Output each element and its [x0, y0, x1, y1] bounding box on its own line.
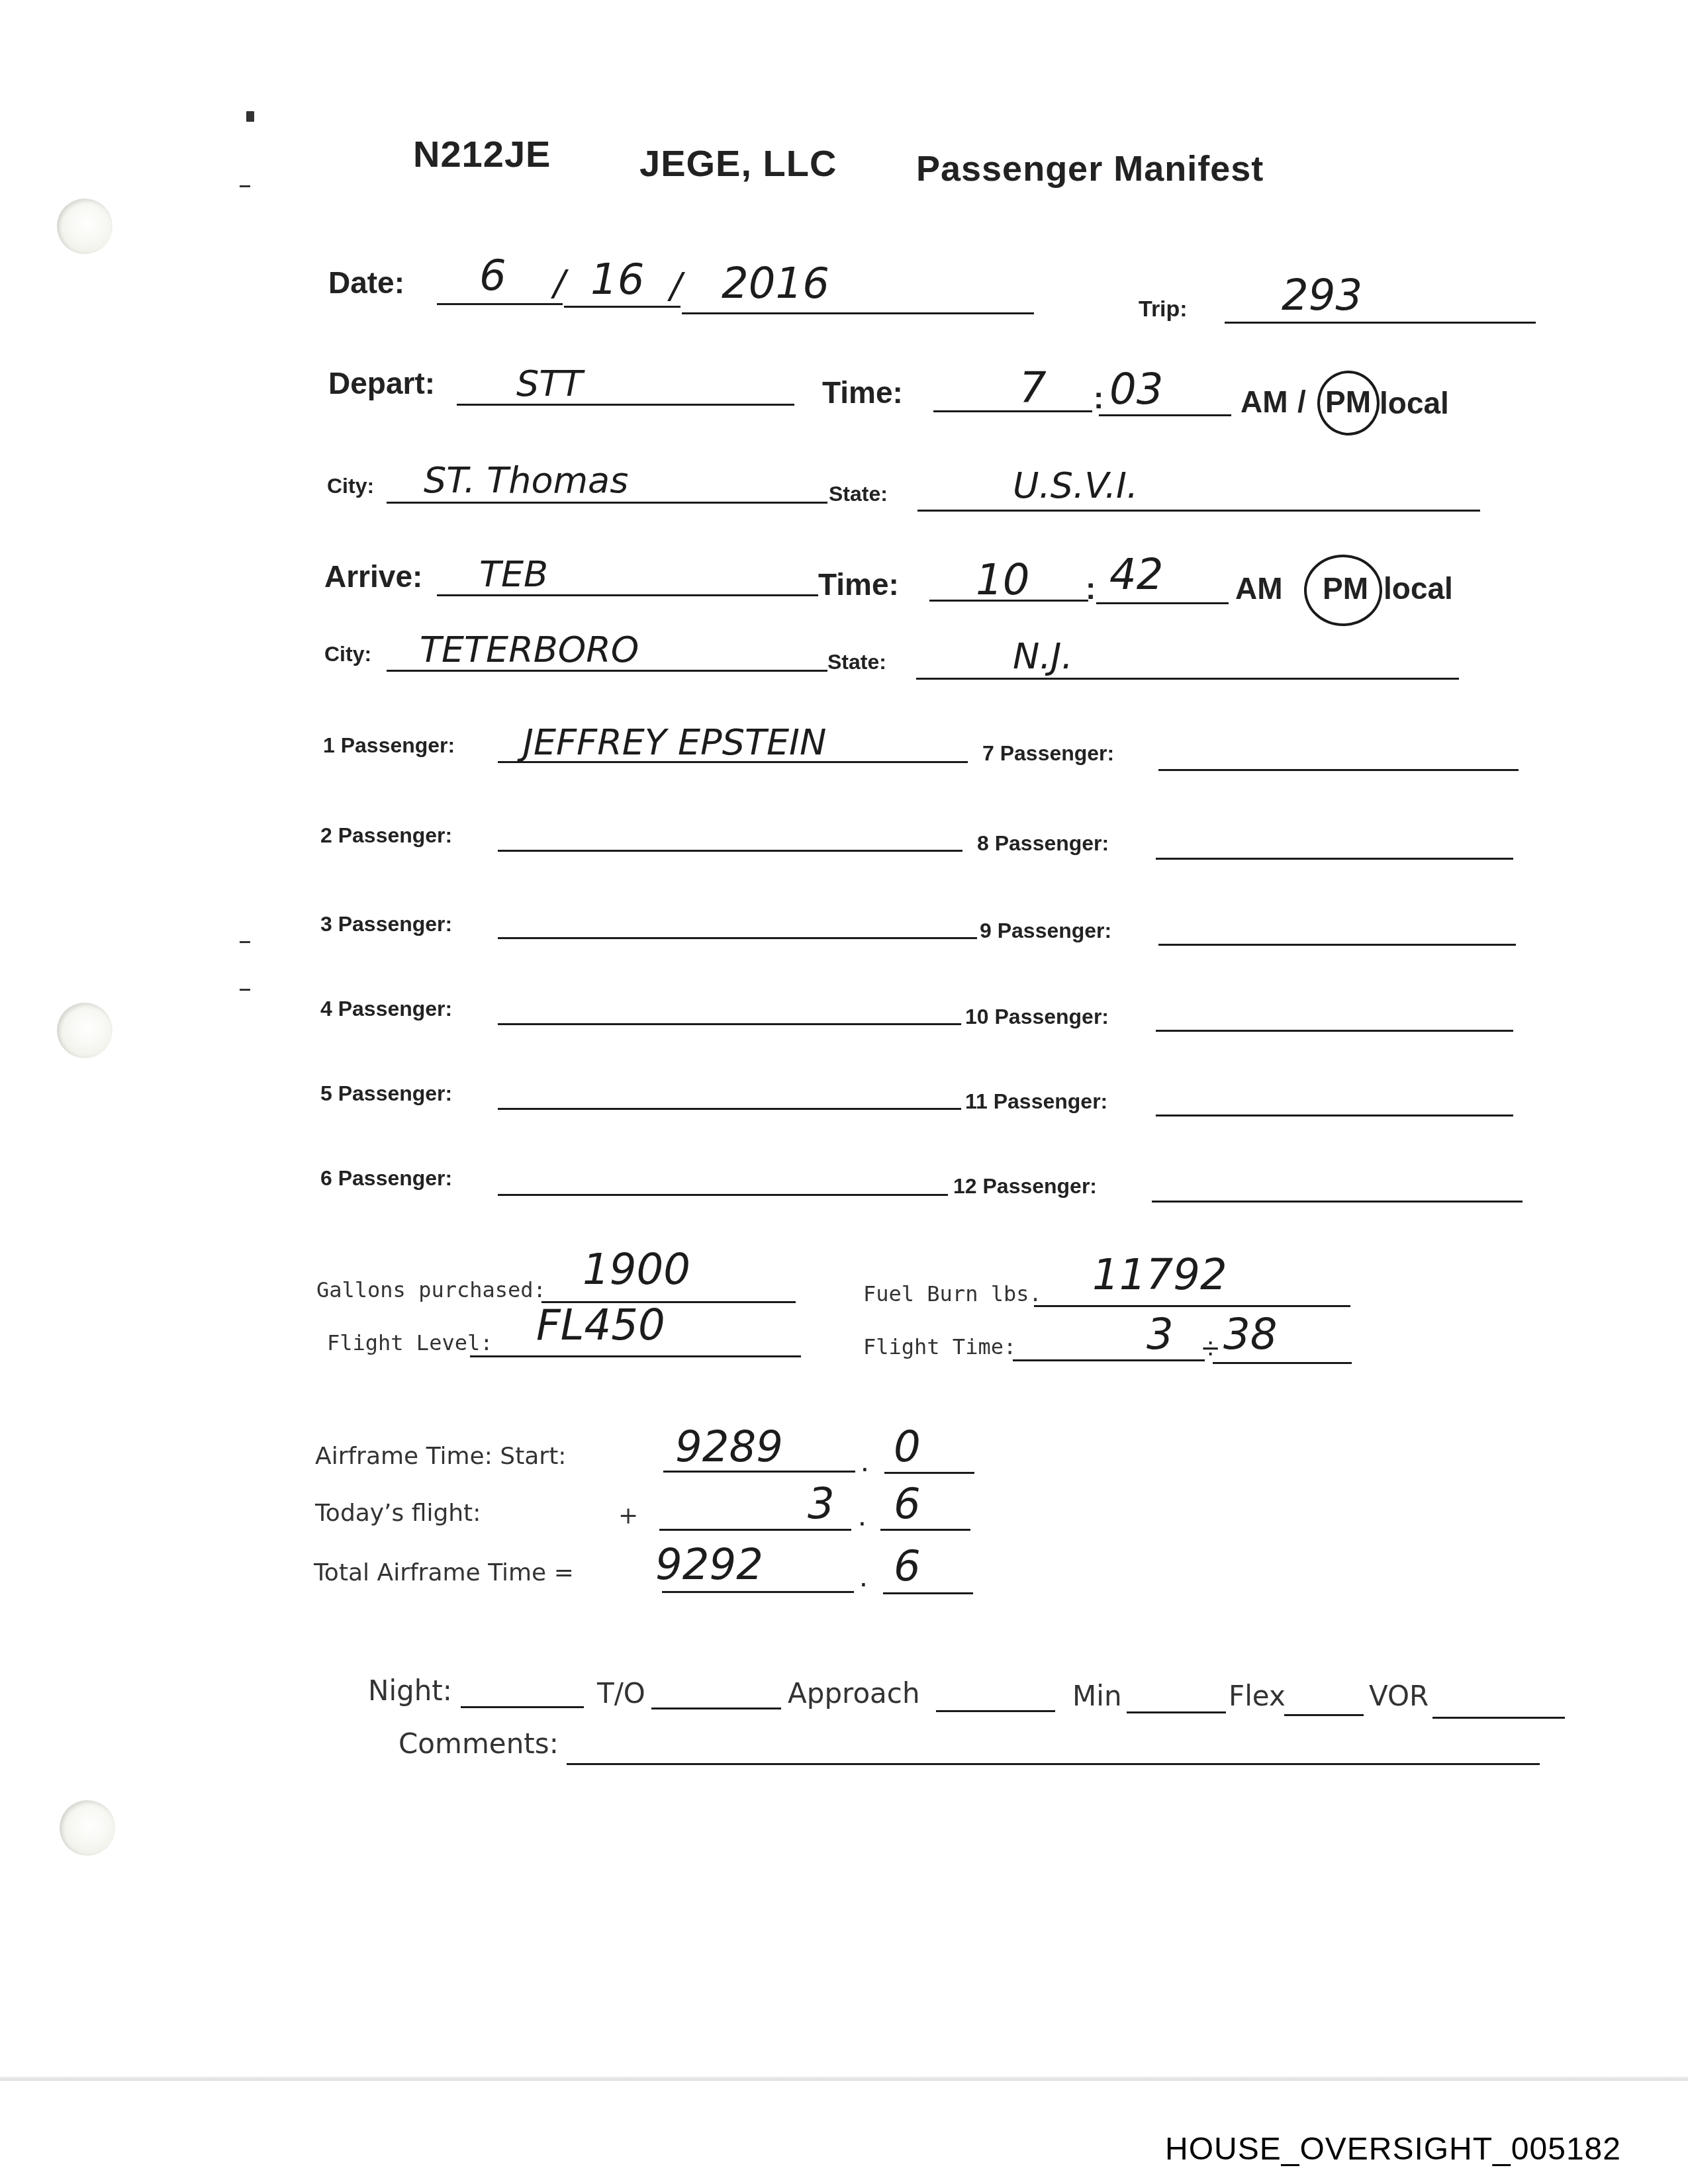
passenger-5-label: 5 Passenger:: [320, 1081, 452, 1106]
arrive-local-label: local: [1383, 570, 1453, 606]
passenger-5-line: [498, 1108, 961, 1110]
arrive-city-label: City:: [324, 642, 371, 666]
airframe-start-tenth-value[interactable]: 0: [894, 1423, 921, 1472]
company-name: JEGE, LLC: [639, 142, 837, 185]
arrive-am-option[interactable]: AM: [1235, 570, 1283, 606]
passenger-8-label: 8 Passenger:: [977, 831, 1109, 856]
date-separator: /: [553, 262, 565, 304]
todays-flight-whole-value[interactable]: 3: [808, 1480, 835, 1529]
flight-time-hours-line: [1013, 1359, 1205, 1361]
fuel-burn-line: [1034, 1305, 1350, 1307]
arrive-code-value[interactable]: TEB: [479, 553, 548, 595]
trip-label: Trip:: [1139, 296, 1188, 322]
night-field[interactable]: [461, 1706, 584, 1708]
passenger-9-line: [1158, 944, 1516, 946]
total-airframe-whole-value[interactable]: 9292: [655, 1541, 763, 1590]
airframe-start-tenth-line: [884, 1472, 974, 1474]
date-day-line: [564, 306, 680, 308]
total-airframe-label: Total Airframe Time =: [314, 1559, 574, 1586]
airframe-start-label: Airframe Time: Start:: [315, 1443, 566, 1470]
depart-pm-circle: [1317, 371, 1380, 435]
airframe-start-whole-value[interactable]: 9289: [675, 1423, 783, 1472]
arrive-city-value[interactable]: TETERBORO: [420, 629, 639, 670]
passenger-4-label: 4 Passenger:: [320, 997, 452, 1021]
depart-time-label: Time:: [822, 375, 903, 410]
passenger-7-label: 7 Passenger:: [982, 741, 1114, 766]
flight-time-label: Flight Time:: [863, 1334, 1016, 1359]
flight-level-line: [470, 1355, 801, 1357]
depart-line: [457, 404, 794, 406]
passenger-11-label: 11 Passenger:: [965, 1089, 1107, 1114]
passenger-8-line: [1156, 858, 1513, 860]
todays-flight-whole-line: [659, 1529, 851, 1531]
gallons-purchased-label: Gallons purchased:: [316, 1277, 546, 1302]
depart-am-option[interactable]: AM: [1241, 384, 1288, 420]
todays-flight-tenth-value[interactable]: 6: [894, 1480, 921, 1529]
manifest-page: N212JE JEGE, LLC Passenger Manifest Date…: [0, 0, 1688, 2184]
date-day-value[interactable]: 16: [590, 255, 644, 304]
comments-label: Comments:: [399, 1727, 559, 1760]
depart-slash: /: [1297, 384, 1306, 420]
date-year-value[interactable]: 2016: [722, 259, 829, 308]
todays-flight-label: Today’s flight:: [315, 1500, 481, 1527]
date-label: Date:: [328, 265, 404, 300]
depart-time-colon: :: [1094, 380, 1103, 416]
passenger-3-label: 3 Passenger:: [320, 912, 452, 936]
passenger-6-label: 6 Passenger:: [320, 1166, 452, 1191]
scan-mark: [240, 185, 250, 187]
to-label: T/O: [597, 1677, 645, 1709]
arrive-time-colon: :: [1086, 570, 1096, 606]
depart-state-value[interactable]: U.S.V.I.: [1013, 465, 1138, 506]
passenger-4-line: [498, 1023, 961, 1025]
airframe-start-decimal: .: [861, 1443, 869, 1479]
min-field[interactable]: [1127, 1711, 1226, 1713]
arrive-minute-value[interactable]: 42: [1109, 551, 1163, 600]
binder-hole-middle: [57, 1003, 113, 1058]
bates-number: HOUSE_OVERSIGHT_005182: [1165, 2131, 1621, 2167]
form-title: Passenger Manifest: [916, 148, 1264, 189]
passenger-10-line: [1156, 1030, 1513, 1032]
min-label: Min: [1072, 1680, 1122, 1712]
arrive-time-label: Time:: [818, 567, 899, 602]
flex-field[interactable]: [1284, 1714, 1364, 1716]
passenger-2-label: 2 Passenger:: [320, 823, 452, 848]
binder-hole-top: [57, 199, 113, 254]
passenger-10-label: 10 Passenger:: [965, 1005, 1109, 1029]
total-airframe-whole-line: [662, 1591, 854, 1593]
depart-hour-value[interactable]: 7: [1019, 364, 1047, 413]
to-field[interactable]: [651, 1707, 781, 1709]
depart-state-line: [917, 510, 1480, 512]
depart-city-line: [387, 502, 827, 504]
flight-level-label: Flight Level:: [327, 1330, 492, 1355]
depart-code-value[interactable]: STT: [516, 363, 583, 404]
passenger-11-line: [1156, 1115, 1513, 1116]
scan-mark: [240, 989, 250, 991]
depart-label: Depart:: [328, 365, 435, 401]
passenger-6-line: [498, 1194, 948, 1196]
vor-field[interactable]: [1432, 1717, 1565, 1719]
passenger-12-line: [1152, 1201, 1523, 1203]
night-label: Night:: [368, 1674, 452, 1707]
approach-field[interactable]: [936, 1710, 1055, 1712]
comments-field[interactable]: [567, 1763, 1540, 1765]
date-separator: /: [670, 265, 682, 306]
passenger-2-line: [498, 850, 962, 852]
depart-minute-line: [1099, 414, 1231, 416]
total-airframe-tenth-value[interactable]: 6: [894, 1542, 921, 1591]
arrive-label: Arrive:: [324, 559, 422, 594]
arrive-state-value[interactable]: N.J.: [1013, 635, 1073, 677]
depart-minute-value[interactable]: 03: [1109, 365, 1163, 414]
passenger-12-label: 12 Passenger:: [953, 1174, 1097, 1199]
depart-city-label: City:: [327, 474, 374, 498]
todays-flight-decimal: .: [858, 1497, 867, 1533]
tail-number: N212JE: [413, 132, 551, 175]
flight-time-hours-value[interactable]: 3: [1147, 1310, 1174, 1359]
total-airframe-decimal: .: [859, 1558, 868, 1594]
passenger-7-line: [1158, 769, 1519, 771]
arrive-hour-value[interactable]: 10: [976, 556, 1029, 605]
flex-label: Flex: [1229, 1680, 1286, 1712]
todays-flight-tenth-line: [880, 1529, 970, 1531]
total-airframe-tenth-line: [883, 1592, 973, 1594]
passenger-3-line: [498, 937, 977, 939]
arrive-pm-circle: [1304, 555, 1382, 626]
approach-label: Approach: [788, 1677, 920, 1709]
date-month-value[interactable]: 6: [479, 251, 506, 300]
fuel-burn-label: Fuel Burn lbs.: [863, 1281, 1042, 1306]
passenger-9-label: 9 Passenger:: [980, 919, 1111, 943]
date-year-line: [682, 312, 1034, 314]
trip-value[interactable]: 293: [1282, 271, 1362, 320]
flight-level-value[interactable]: FL450: [536, 1301, 665, 1350]
date-month-line: [437, 303, 563, 305]
trip-line: [1225, 322, 1536, 324]
depart-hour-line: [933, 410, 1092, 412]
passenger-1-label: 1 Passenger:: [323, 733, 455, 758]
scan-edge: [0, 2077, 1688, 2081]
vor-label: VOR: [1369, 1680, 1429, 1712]
todays-flight-plus: +: [618, 1502, 638, 1529]
arrive-state-label: State:: [827, 650, 886, 674]
arrive-minute-line: [1096, 602, 1229, 604]
depart-state-label: State:: [829, 482, 888, 506]
gallons-purchased-value[interactable]: 1900: [583, 1246, 690, 1295]
scan-mark: [240, 941, 250, 943]
depart-city-value[interactable]: ST. Thomas: [424, 459, 628, 501]
flight-time-minutes-value[interactable]: 38: [1223, 1310, 1277, 1359]
passenger-1-name[interactable]: JEFFREY EPSTEIN: [523, 721, 826, 763]
flight-time-minutes-line: [1213, 1362, 1352, 1364]
binder-hole-bottom: [60, 1800, 115, 1856]
scan-speck: [246, 111, 254, 122]
flight-time-separator: ÷: [1202, 1330, 1219, 1366]
fuel-burn-value[interactable]: 11792: [1092, 1251, 1227, 1300]
arrive-state-line: [916, 678, 1459, 680]
depart-local-label: local: [1380, 385, 1449, 421]
